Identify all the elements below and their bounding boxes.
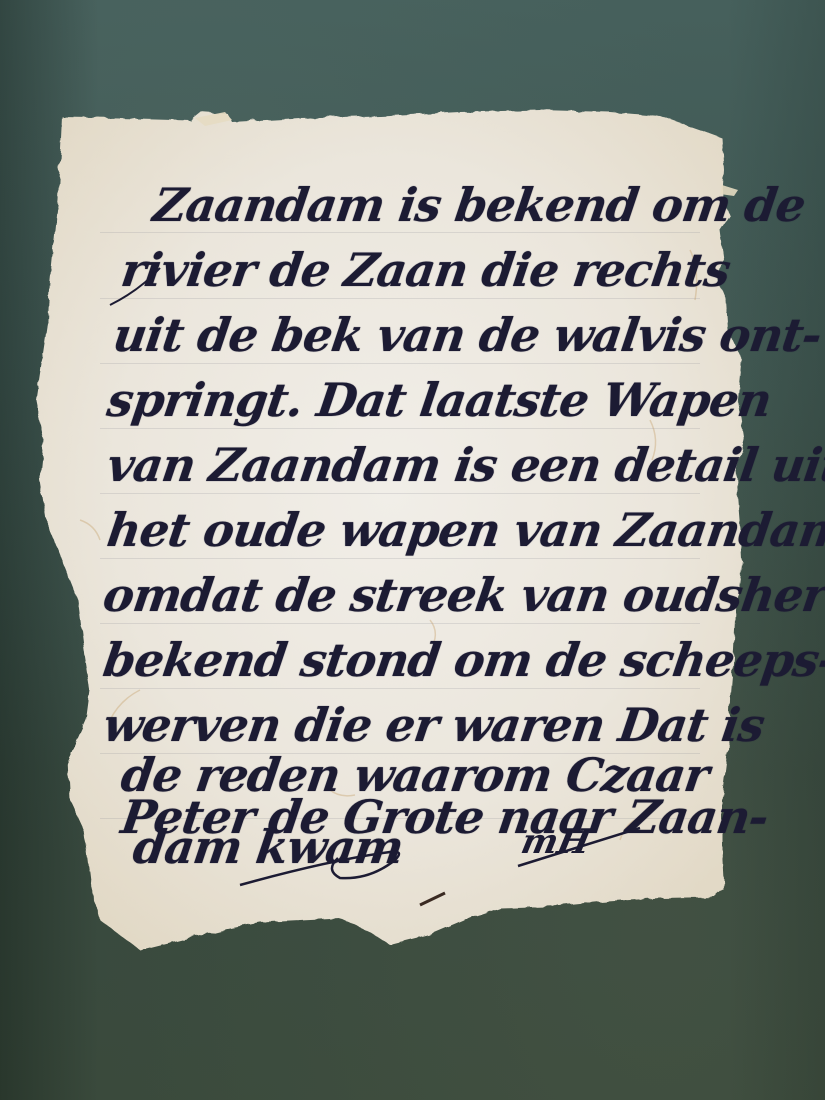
ruled-line	[100, 232, 700, 233]
text-line-1: Zaandam is bekend om de	[150, 178, 808, 232]
ruled-line	[100, 623, 700, 624]
text-line-5: van Zaandam is een detail uit	[104, 438, 825, 492]
text-line-8: bekend stond om de scheeps-	[100, 633, 825, 687]
ruled-line	[100, 558, 700, 559]
ruled-line	[100, 363, 700, 364]
signature-initials: mH	[518, 822, 595, 862]
ruled-line	[100, 428, 700, 429]
text-line-9: werven die er waren Dat is	[100, 698, 767, 752]
text-line-6: het oude wapen van Zaandam	[104, 503, 825, 557]
text-line-12: dam kwam	[130, 820, 406, 874]
text-line-4: springt. Dat laatste Wapen	[104, 373, 774, 427]
text-line-3: uit de bek van de walvis ont-	[110, 308, 824, 362]
ruled-line	[100, 688, 700, 689]
ruled-line	[100, 493, 700, 494]
ruled-line	[100, 298, 700, 299]
text-line-7: omdat de streek van oudsher	[100, 568, 825, 622]
text-line-2: rivier de Zaan die rechts	[118, 243, 733, 297]
